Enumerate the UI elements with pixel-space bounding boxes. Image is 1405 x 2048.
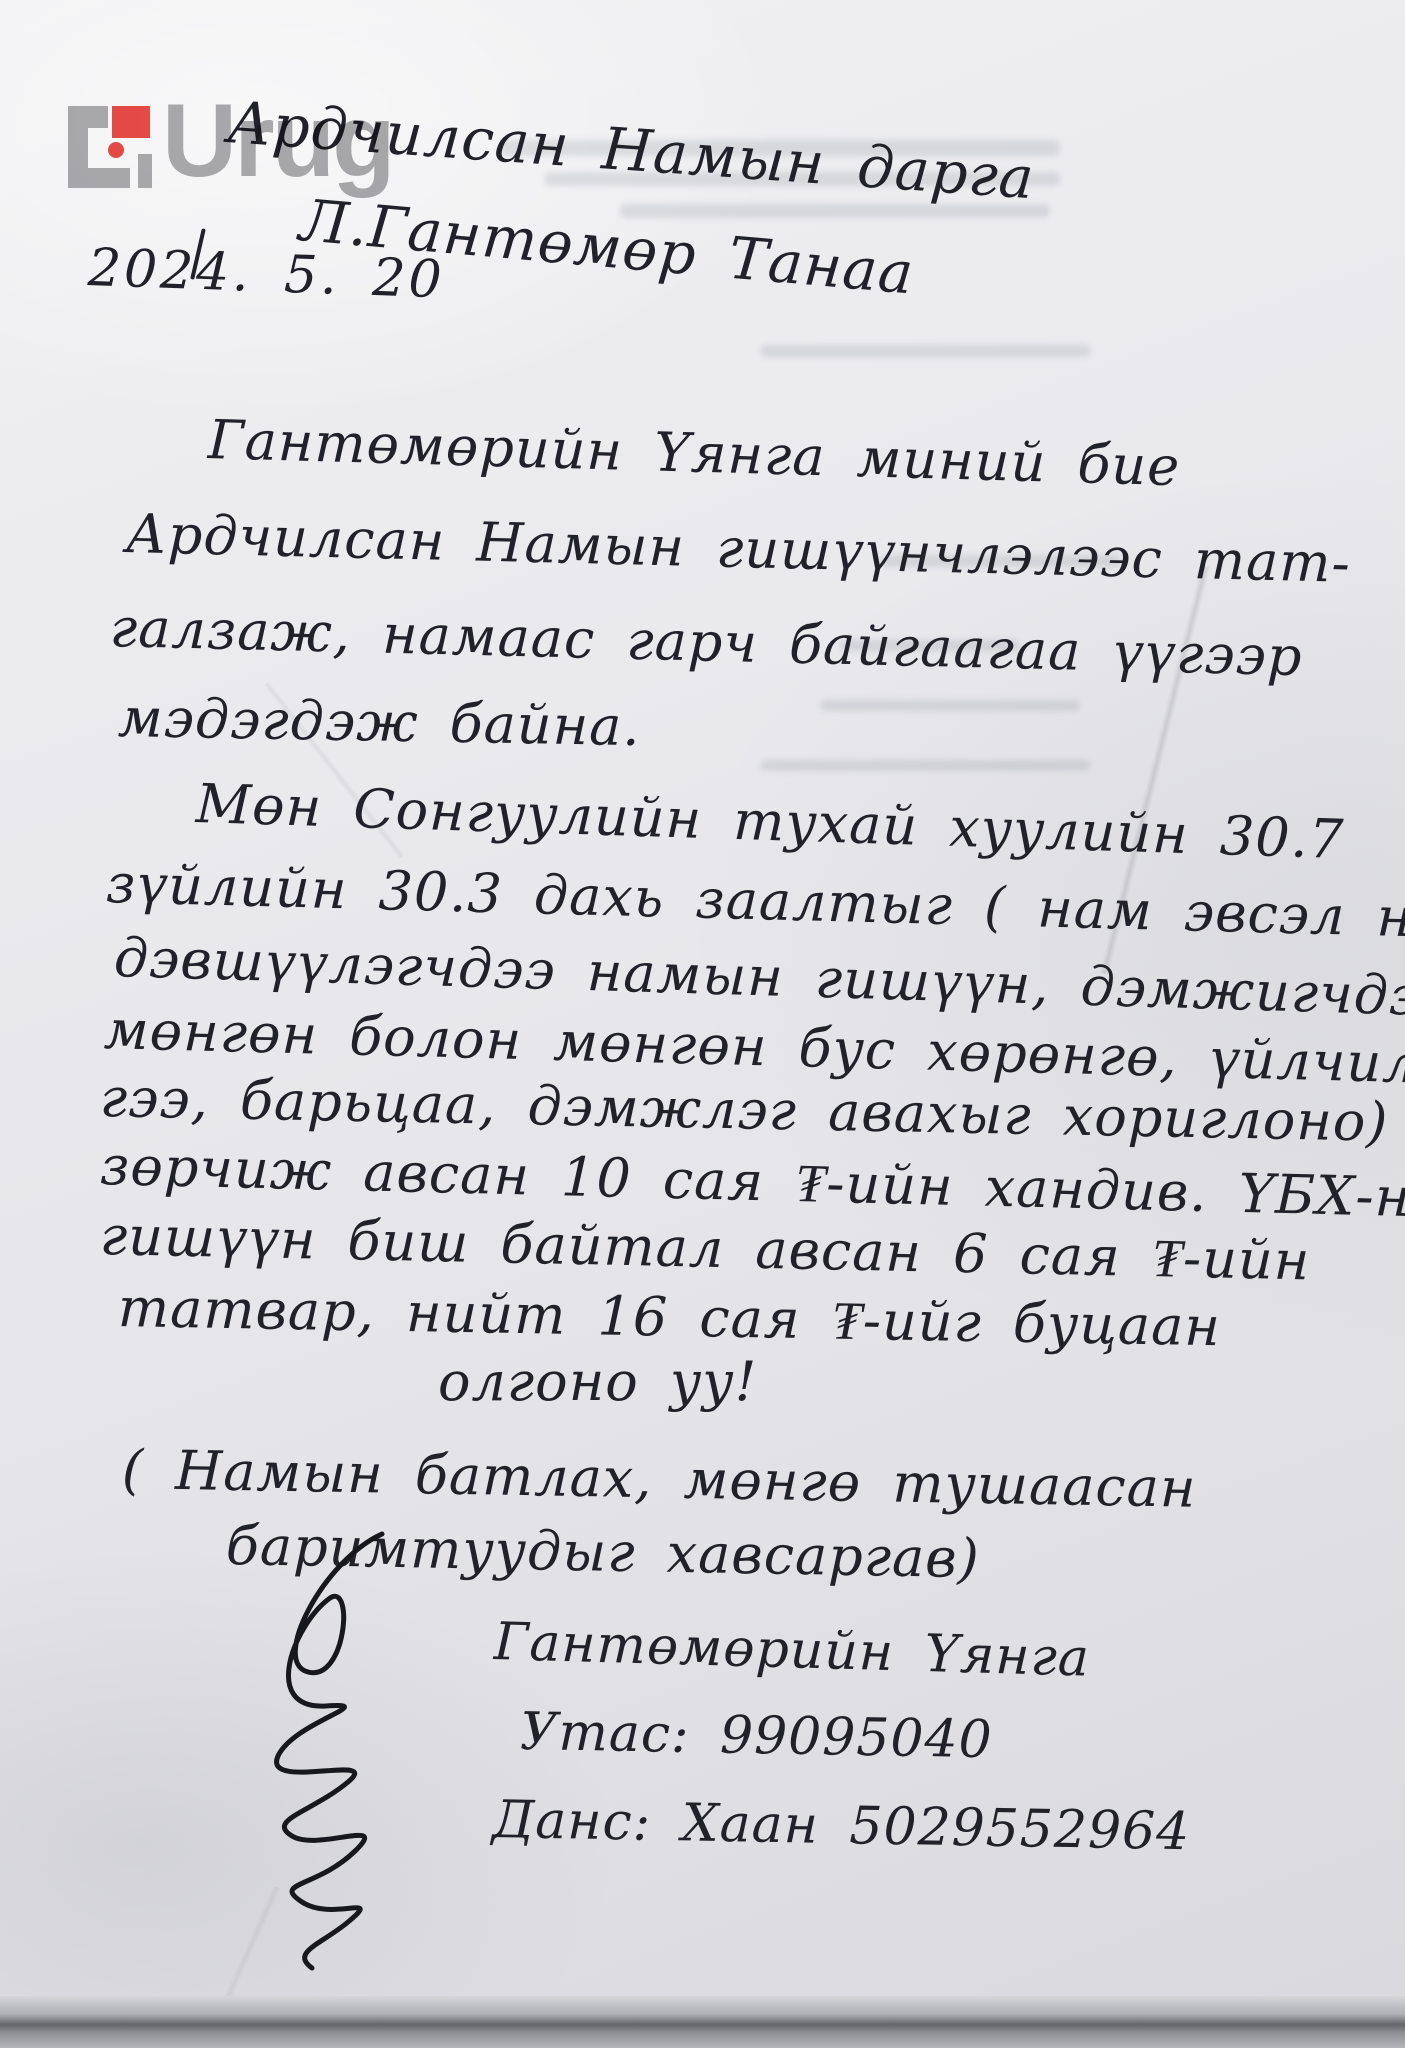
signature-scribble	[232, 1520, 462, 1980]
bleed-through-text	[760, 345, 1090, 357]
bleed-through-text	[820, 700, 1080, 711]
photographed-letter: Urug Ардчилсан Намын дарга Л.Гантөмөр Та…	[0, 0, 1405, 2048]
watermark-brand-icon	[68, 106, 152, 188]
phone-number: 99095040	[720, 1705, 994, 1770]
watermark-logo: Urug	[68, 100, 393, 188]
red-square-mark	[112, 106, 150, 138]
phone-label: Утас:	[519, 1702, 690, 1765]
phone-line: Утас: 99095040	[519, 1702, 993, 1770]
date-line: 2024. 5. 20	[87, 238, 446, 310]
body-line: мэдэгдэж байна.	[117, 686, 641, 758]
red-dot-mark	[108, 142, 124, 158]
paper-bottom-edge	[0, 1996, 1405, 2048]
account-number: 5029552964	[849, 1796, 1191, 1862]
account-label: Данс:	[491, 1790, 651, 1853]
body-line: олгоно уу!	[438, 1350, 757, 1413]
account-bank: Хаан	[681, 1793, 819, 1855]
watermark-brand-text: Urug	[162, 100, 393, 183]
account-line: Данс: Хаан 5029552964	[491, 1790, 1190, 1862]
bleed-through-text	[760, 760, 1090, 771]
